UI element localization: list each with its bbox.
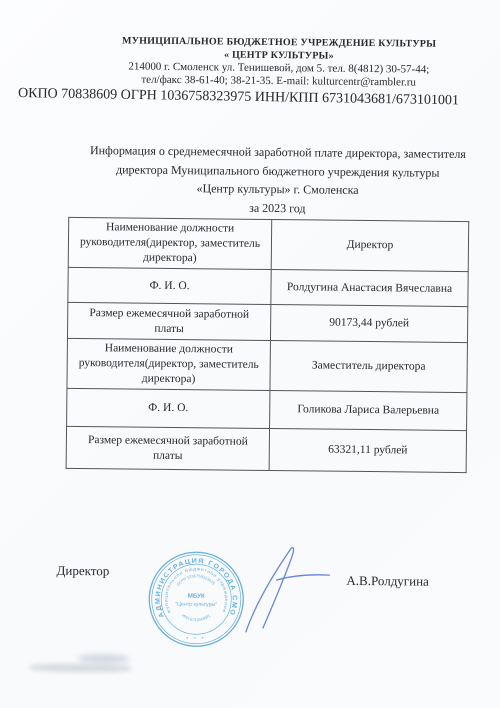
- row-label-cell: Ф. И. О.: [68, 267, 271, 304]
- table-row: Ф. И. О. Голикова Лариса Валерьевна: [67, 388, 467, 430]
- row-label-cell: Размер ежемесячной заработной платы: [66, 426, 269, 470]
- table-row: Наименование должности руководителя(дире…: [67, 338, 468, 392]
- letterhead: МУНИЦИПАЛЬНОЕ БЮДЖЕТНОЕ УЧРЕЖДЕНИЕ КУЛЬТ…: [59, 34, 500, 90]
- row-label-cell: Размер ежемесячной заработной платы: [67, 302, 270, 340]
- signatory-position-label: Директор: [56, 563, 109, 580]
- signature-strokes: [246, 547, 330, 633]
- stamp-center-line2: "Центр культуры": [175, 602, 217, 608]
- table-row: Размер ежемесячной заработной платы 6332…: [66, 426, 466, 472]
- title-line4: за 2023 год: [58, 196, 496, 219]
- bleed-through-smudge: [29, 664, 131, 673]
- row-value-cell: Директор: [271, 220, 469, 272]
- scanned-document-page: МУНИЦИПАЛЬНОЕ БЮДЖЕТНОЕ УЧРЕЖДЕНИЕ КУЛЬТ…: [0, 0, 500, 708]
- row-label-cell: Наименование должности руководителя(дире…: [68, 217, 272, 269]
- row-label-cell: Ф. И. О.: [67, 388, 270, 428]
- stamp-bottom-marks: * * *: [186, 637, 206, 643]
- salary-info-table: Наименование должности руководителя(дире…: [66, 217, 470, 473]
- stamp-center-line1: МБУК: [188, 593, 205, 600]
- org-registry-line: ОКПО 70838609 ОГРН 1036758323975 ИНН/КПП…: [7, 86, 469, 110]
- document-content: МУНИЦИПАЛЬНОЕ БЮДЖЕТНОЕ УЧРЕЖДЕНИЕ КУЛЬТ…: [0, 0, 500, 708]
- row-label-cell: Наименование должности руководителя(дире…: [67, 338, 271, 390]
- signatory-name: А.В.Ролдугина: [346, 573, 429, 590]
- stamp-inn-text: ИНН 6731043681: [181, 612, 211, 622]
- table-row: Ф. И. О. Ролдугина Анастасия Вячеславна: [68, 267, 468, 306]
- svg-text:ИНН 6731043681: ИНН 6731043681: [181, 612, 211, 622]
- row-value-cell: 90173,44 рублей: [270, 305, 467, 343]
- row-value-cell: Заместитель директора: [270, 341, 468, 393]
- handwritten-signature: [229, 535, 340, 644]
- row-value-cell: 63321,11 рублей: [269, 429, 466, 473]
- document-title: Информация о среднемесячной заработной п…: [58, 141, 497, 220]
- table-row: Размер ежемесячной заработной платы 9017…: [67, 302, 467, 342]
- table-row: Наименование должности руководителя(дире…: [68, 217, 469, 271]
- row-value-cell: Голикова Лариса Валерьевна: [270, 391, 467, 431]
- bleed-through-smudge: [78, 654, 130, 664]
- row-value-cell: Ролдугина Анастасия Вячеславна: [271, 270, 468, 307]
- stamp-texts: АДМИНИСТРАЦИЯ ГОРОДА СМОЛЕНСКА муниципал…: [154, 557, 238, 643]
